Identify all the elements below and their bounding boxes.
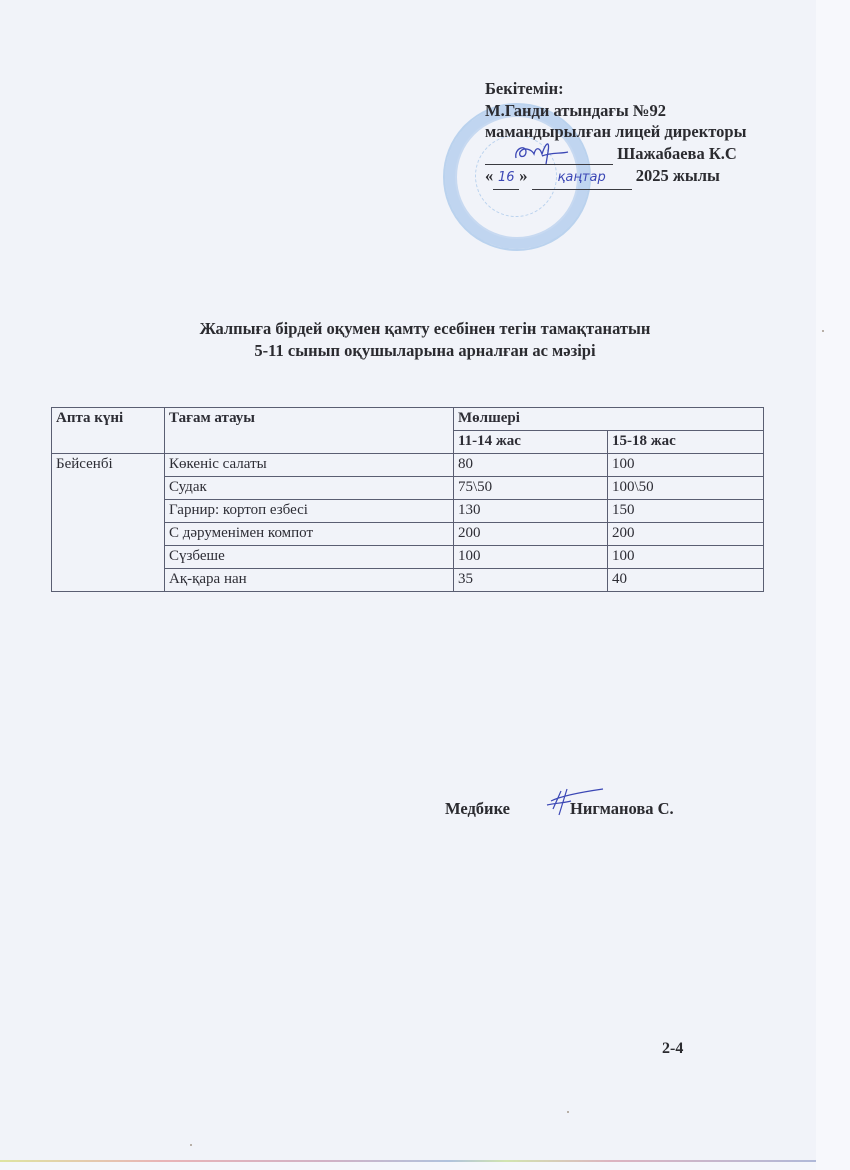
dish-cell: Судак [165,477,454,500]
dish-cell: Көкеніс салаты [165,454,454,477]
header-dish: Тағам атауы [165,408,454,454]
age1-cell: 35 [454,569,608,592]
document-title: Жалпыға бірдей оқумен қамту есебінен тег… [0,318,850,362]
nurse-role: Медбике [445,799,510,818]
header-day: Апта күні [52,408,165,454]
title-line-2: 5-11 сынып оқушыларына арналған ас мәзір… [0,340,850,362]
age2-cell: 100\50 [608,477,764,500]
page-number: 2-4 [662,1040,683,1058]
menu-table: Апта күні Тағам атауы Мөлшері 11-14 жас … [51,407,764,592]
header-age-11-14: 11-14 жас [454,431,608,454]
date-day: 16 [493,167,519,190]
approval-block: Бекітемін: М.Ганди атындағы №92 мамандыр… [485,78,815,190]
dish-cell: Ақ-қара нан [165,569,454,592]
scan-speck [567,1111,569,1113]
scan-speck [190,1144,192,1146]
nurse-signature-icon [545,783,605,823]
date-close-quote: » [519,166,527,185]
date-open-quote: « [485,166,493,185]
age1-cell: 100 [454,546,608,569]
scan-speck [822,330,824,332]
header-age-15-18: 15-18 жас [608,431,764,454]
age1-cell: 130 [454,500,608,523]
director-name: Шажабаева К.С [617,144,737,163]
date-year: 2025 жылы [636,166,720,185]
age2-cell: 100 [608,454,764,477]
dish-cell: С дәруменімен компот [165,523,454,546]
scan-artifact-line [0,1160,816,1162]
approval-date: «16» қаңтар 2025 жылы [485,165,815,190]
approval-line-1: М.Ганди атындағы №92 [485,100,815,122]
day-cell: Бейсенбі [52,454,165,592]
dish-cell: Сүзбеше [165,546,454,569]
age2-cell: 40 [608,569,764,592]
approval-heading: Бекітемін: [485,78,815,100]
scan-margin [816,0,850,1170]
date-month: қаңтар [532,167,632,190]
age2-cell: 100 [608,546,764,569]
age2-cell: 150 [608,500,764,523]
age1-cell: 200 [454,523,608,546]
age2-cell: 200 [608,523,764,546]
director-signature-icon [512,138,572,166]
table-row: Бейсенбі Көкеніс салаты 80 100 [52,454,764,477]
age1-cell: 75\50 [454,477,608,500]
dish-cell: Гарнир: кортоп езбесі [165,500,454,523]
header-amount: Мөлшері [454,408,764,431]
title-line-1: Жалпыға бірдей оқумен қамту есебінен тег… [0,318,850,340]
age1-cell: 80 [454,454,608,477]
table-header-row: Апта күні Тағам атауы Мөлшері [52,408,764,431]
